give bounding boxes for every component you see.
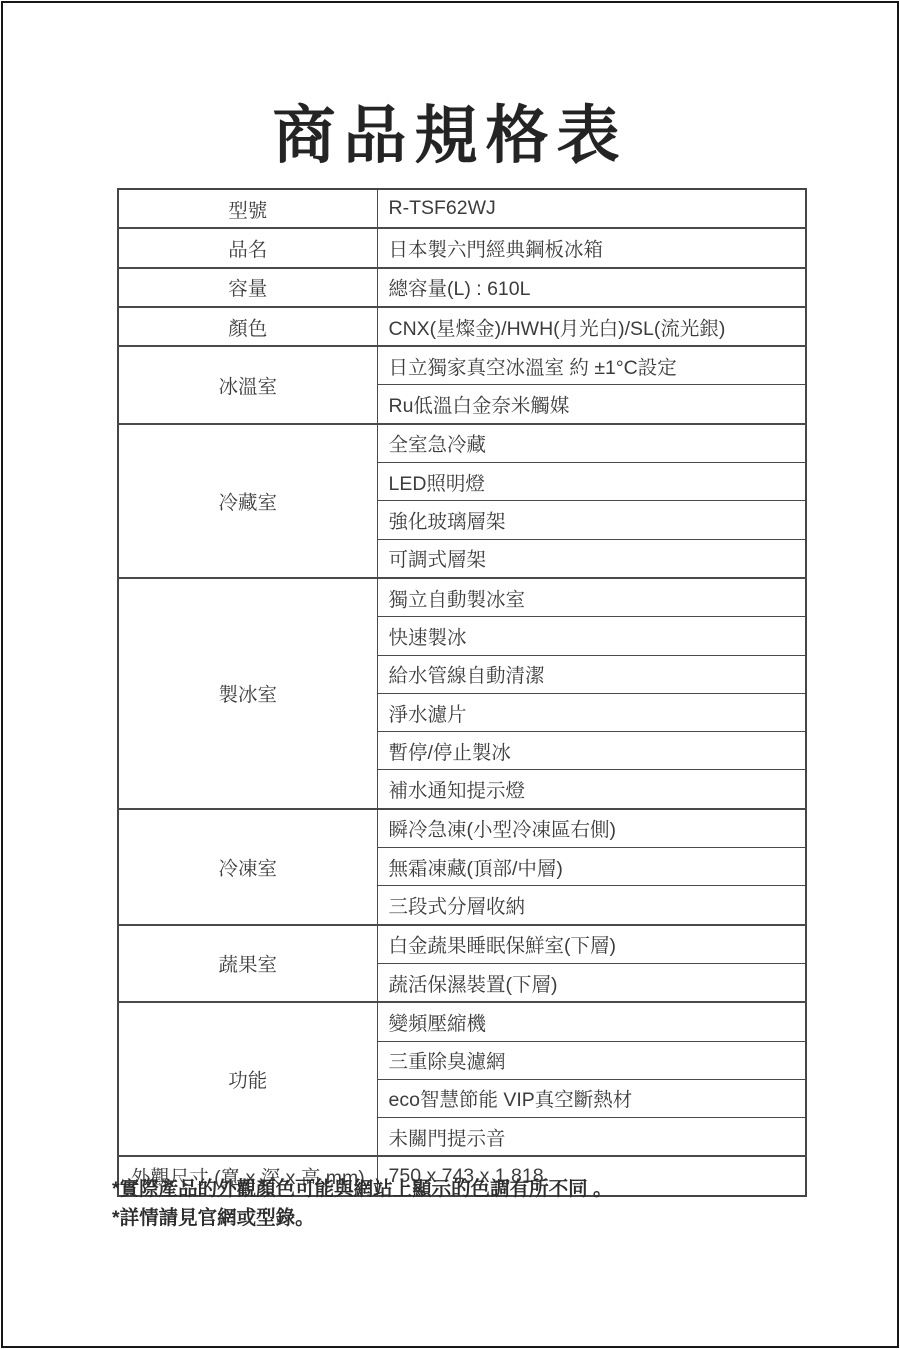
spec-group-label: 功能	[118, 1002, 377, 1156]
spec-group-label: 蔬果室	[118, 925, 377, 1003]
spec-value-cell: 瞬冷急凍(小型冷凍區右側)	[377, 809, 806, 848]
spec-value-cell: 全室急冷藏	[377, 424, 806, 463]
page-title: 商品規格表	[0, 100, 900, 172]
spec-value-cell: LED照明燈	[377, 463, 806, 501]
spec-value-cell: eco智慧節能 VIP真空斷熱材	[377, 1079, 806, 1117]
spec-group-label: 冷凍室	[118, 809, 377, 925]
table-row: 蔬果室 白金蔬果睡眠保鮮室(下層)	[118, 925, 806, 964]
spec-value-cell: 三重除臭濾網	[377, 1041, 806, 1079]
spec-group-label: 顏色	[118, 307, 377, 346]
spec-value-cell: 蔬活保濕裝置(下層)	[377, 963, 806, 1002]
spec-value-cell: 暫停/停止製冰	[377, 732, 806, 770]
spec-value-cell: 未關門提示音	[377, 1118, 806, 1157]
table-row: 顏色 CNX(星燦金)/HWH(月光白)/SL(流光銀)	[118, 307, 806, 346]
spec-group-label: 型號	[118, 189, 377, 228]
table-row: 品名 日本製六門經典鋼板冰箱	[118, 228, 806, 267]
spec-value-cell: R-TSF62WJ	[377, 189, 806, 228]
spec-table: 型號 R-TSF62WJ 品名 日本製六門經典鋼板冰箱 容量 總容量(L) : …	[117, 188, 807, 1197]
table-row: 冷凍室 瞬冷急凍(小型冷凍區右側)	[118, 809, 806, 848]
spec-value-cell: 白金蔬果睡眠保鮮室(下層)	[377, 925, 806, 964]
spec-group-label: 容量	[118, 268, 377, 307]
table-row: 容量 總容量(L) : 610L	[118, 268, 806, 307]
spec-value-cell: 變頻壓縮機	[377, 1002, 806, 1041]
spec-value-cell: 給水管線自動清潔	[377, 655, 806, 693]
spec-value-cell: 快速製冰	[377, 617, 806, 655]
spec-value-cell: 淨水濾片	[377, 693, 806, 731]
footnotes: *實際產品的外觀顏色可能與網站上顯示的色調有所不同 。 *詳情請見官網或型錄。	[112, 1175, 613, 1233]
spec-group-label: 冰溫室	[118, 346, 377, 424]
spec-value-cell: 日立獨家真空冰溫室 約 ±1°C設定	[377, 346, 806, 385]
spec-value-cell: CNX(星燦金)/HWH(月光白)/SL(流光銀)	[377, 307, 806, 346]
spec-value-cell: 強化玻璃層架	[377, 501, 806, 539]
footnote: *詳情請見官網或型錄。	[112, 1204, 613, 1233]
table-row: 冷藏室 全室急冷藏	[118, 424, 806, 463]
spec-value-cell: 總容量(L) : 610L	[377, 268, 806, 307]
spec-sheet-page: 商品規格表 型號 R-TSF62WJ 品名 日本製六門經典鋼板冰箱 容量 總容量…	[0, 0, 900, 1349]
table-row: 冰溫室 日立獨家真空冰溫室 約 ±1°C設定	[118, 346, 806, 385]
spec-group-label: 製冰室	[118, 578, 377, 809]
spec-value-cell: 日本製六門經典鋼板冰箱	[377, 228, 806, 267]
spec-value-cell: 獨立自動製冰室	[377, 578, 806, 617]
table-row: 製冰室 獨立自動製冰室	[118, 578, 806, 617]
footnote: *實際產品的外觀顏色可能與網站上顯示的色調有所不同 。	[112, 1175, 613, 1204]
table-row: 功能 變頻壓縮機	[118, 1002, 806, 1041]
table-row: 型號 R-TSF62WJ	[118, 189, 806, 228]
spec-group-label: 冷藏室	[118, 424, 377, 578]
spec-group-label: 品名	[118, 228, 377, 267]
spec-value-cell: 可調式層架	[377, 539, 806, 578]
spec-value-cell: Ru低溫白金奈米觸媒	[377, 385, 806, 424]
spec-value-cell: 三段式分層收納	[377, 886, 806, 925]
spec-value-cell: 無霜凍藏(頂部/中層)	[377, 848, 806, 886]
spec-value-cell: 補水通知提示燈	[377, 770, 806, 809]
